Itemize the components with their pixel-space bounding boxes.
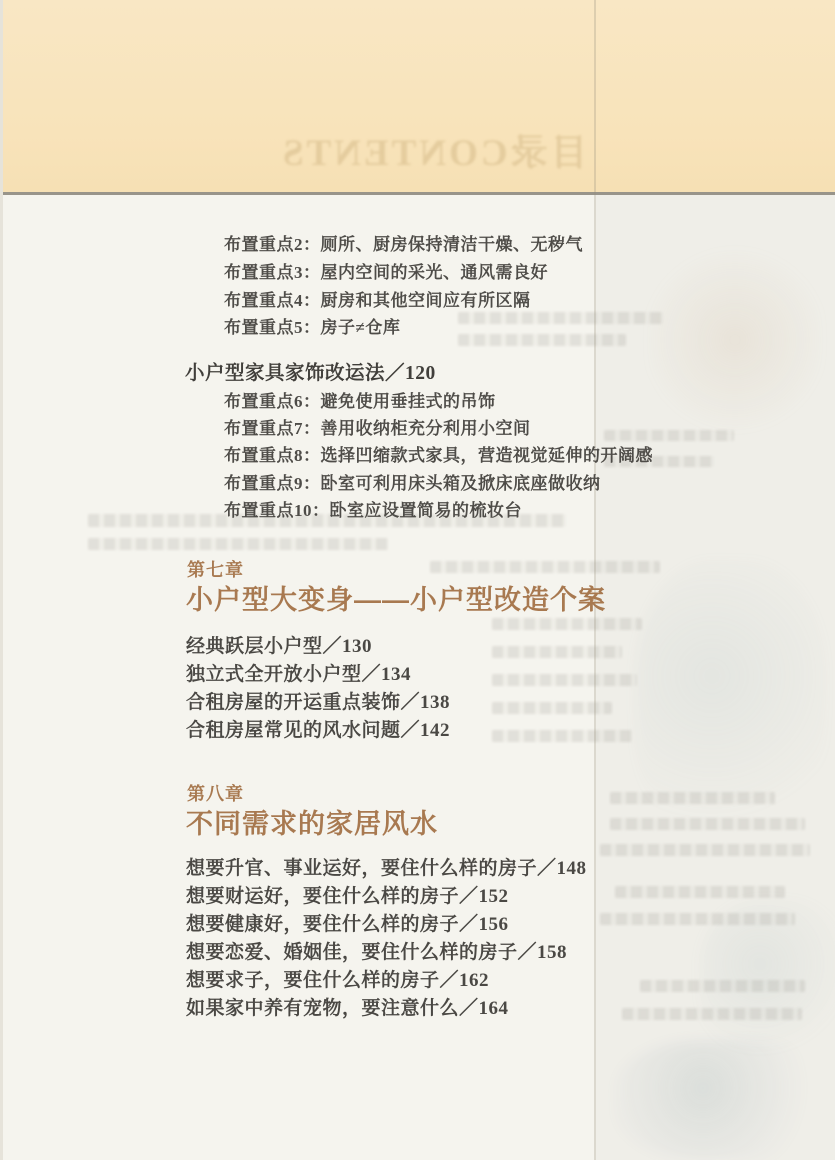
- ghost-text-line: [458, 334, 626, 346]
- header-band: 目录CONTENTS: [0, 0, 835, 195]
- scanned-toc-page: 目录CONTENTS 布置重点2：厕所、厨房保持清洁干燥、无秽气 布置重点3：屋…: [0, 0, 835, 1160]
- toc-entry: 独立式全开放小户型／134: [186, 661, 411, 689]
- ghost-image-blob: [650, 240, 820, 440]
- ghost-text-line: [88, 538, 388, 550]
- toc-entry: 想要恋爱、婚姻佳，要住什么样的房子／158: [186, 939, 567, 967]
- ghost-text-line: [600, 844, 810, 856]
- chapter-title: 不同需求的家居风水: [186, 802, 438, 841]
- toc-item: 布置重点3：屋内空间的采光、通风需良好: [224, 259, 548, 287]
- ghost-text-line: [492, 702, 612, 714]
- ghost-text-line: [492, 618, 642, 630]
- ghost-image-blob: [636, 560, 826, 850]
- ghost-text-line: [610, 792, 775, 804]
- toc-item: 布置重点2：厕所、厨房保持清洁干燥、无秽气: [224, 231, 583, 259]
- toc-entry: 经典跃层小户型／130: [186, 633, 372, 661]
- toc-entry: 想要财运好，要住什么样的房子／152: [186, 883, 509, 911]
- ghost-text-line: [615, 886, 785, 898]
- ghost-text-line: [610, 818, 805, 830]
- toc-entry: 想要健康好，要住什么样的房子／156: [186, 911, 509, 939]
- ghost-text-line: [640, 980, 805, 992]
- ghost-contents-title: 目录CONTENTS: [280, 122, 588, 176]
- toc-entry: 合租房屋常见的风水问题／142: [186, 717, 450, 745]
- toc-item: 布置重点6：避免使用垂挂式的吊饰: [224, 388, 496, 416]
- toc-entry: 想要求子，要住什么样的房子／162: [186, 967, 489, 995]
- toc-entry: 如果家中养有宠物，要注意什么／164: [186, 995, 509, 1023]
- toc-item: 布置重点8：选择凹缩款式家具，营造视觉延伸的开阔感: [224, 442, 653, 470]
- toc-item: 布置重点5：房子≠仓库: [224, 314, 400, 342]
- ghost-text-line: [430, 561, 660, 573]
- ghost-text-line: [604, 430, 734, 441]
- ghost-text-line: [600, 913, 795, 925]
- ghost-text-line: [492, 674, 637, 686]
- ghost-text-line: [622, 1008, 802, 1020]
- toc-item: 布置重点9：卧室可利用床头箱及掀床底座做收纳: [224, 470, 601, 498]
- ghost-text-line: [492, 646, 622, 658]
- scan-left-edge: [0, 0, 3, 1160]
- ghost-text-line: [492, 730, 632, 742]
- toc-item: 布置重点10：卧室应设置简易的梳妆台: [224, 497, 522, 525]
- toc-entry: 想要升官、事业运好，要住什么样的房子／148: [186, 855, 587, 883]
- toc-entry: 合租房屋的开运重点装饰／138: [186, 689, 450, 717]
- section-heading: 小户型家具家饰改运法／120: [185, 357, 436, 385]
- toc-item: 布置重点7：善用收纳柜充分利用小空间: [224, 415, 531, 443]
- toc-item: 布置重点4：厨房和其他空间应有所区隔: [224, 287, 531, 315]
- chapter-title: 小户型大变身——小户型改造个案: [186, 578, 606, 617]
